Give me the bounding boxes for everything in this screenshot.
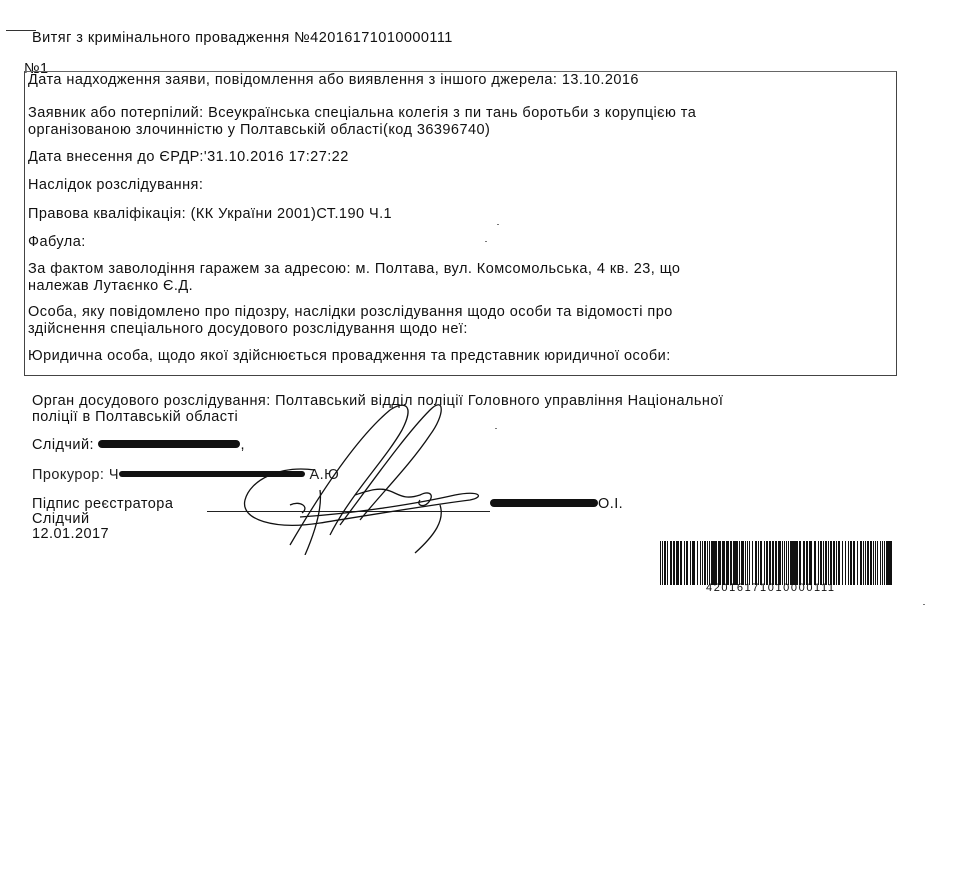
registrar-date: 12.01.2017 bbox=[32, 526, 109, 542]
suspect-line-1: Особа, яку повідомлено про підозру, насл… bbox=[28, 304, 673, 321]
barcode bbox=[660, 541, 892, 585]
prosecutor-label: Прокурор: bbox=[32, 467, 104, 483]
record-details-box: Дата надходження заяви, повідомлення або… bbox=[24, 71, 897, 376]
registrar-name: О.І. bbox=[490, 496, 623, 512]
redacted-name bbox=[98, 440, 240, 448]
scan-speck bbox=[485, 241, 487, 242]
investigator-label: Слідчий: bbox=[32, 437, 94, 453]
investigation-result: Наслідок розслідування: bbox=[28, 177, 203, 194]
redacted-name bbox=[490, 499, 598, 507]
legal-entity: Юридична особа, щодо якої здійснюється п… bbox=[28, 348, 671, 365]
authority-line-2: поліції в Полтавській області bbox=[32, 409, 238, 425]
registrar-role: Слідчий bbox=[32, 511, 90, 527]
fabula-line-2: належав Лутаєнко Є.Д. bbox=[28, 278, 193, 295]
scan-speck bbox=[495, 428, 497, 429]
applicant-line-1: Заявник або потерпілий: Всеукраїнська сп… bbox=[28, 105, 696, 122]
barcode-gap bbox=[892, 541, 893, 585]
legal-qualification: Правова кваліфікація: (КК України 2001)С… bbox=[28, 206, 392, 223]
scan-speck bbox=[923, 604, 925, 605]
fabula-line-1: За фактом заволодіння гаражем за адресою… bbox=[28, 261, 680, 278]
fabula-label: Фабула: bbox=[28, 234, 86, 251]
suspect-line-2: здійснення спеціального досудового розсл… bbox=[28, 321, 468, 338]
barcode-number: 42016171010000111 bbox=[706, 582, 836, 594]
date-received: Дата надходження заяви, повідомлення або… bbox=[28, 72, 639, 89]
erdr-date: Дата внесення до ЄРДР:'31.10.2016 17:27:… bbox=[28, 149, 349, 166]
applicant-line-2: організованою злочинністю у Полтавській … bbox=[28, 122, 490, 139]
scan-speck bbox=[497, 224, 499, 225]
document-title: Витяг з кримінального провадження №42016… bbox=[32, 30, 453, 46]
handwritten-signature bbox=[230, 395, 490, 555]
prosecutor-prefix: Ч bbox=[109, 467, 119, 483]
registrar-name-suffix: О.І. bbox=[598, 496, 623, 512]
registrar-signature-label: Підпис реєстратора bbox=[32, 496, 173, 512]
investigator-line: Слідчий: , bbox=[32, 437, 245, 453]
